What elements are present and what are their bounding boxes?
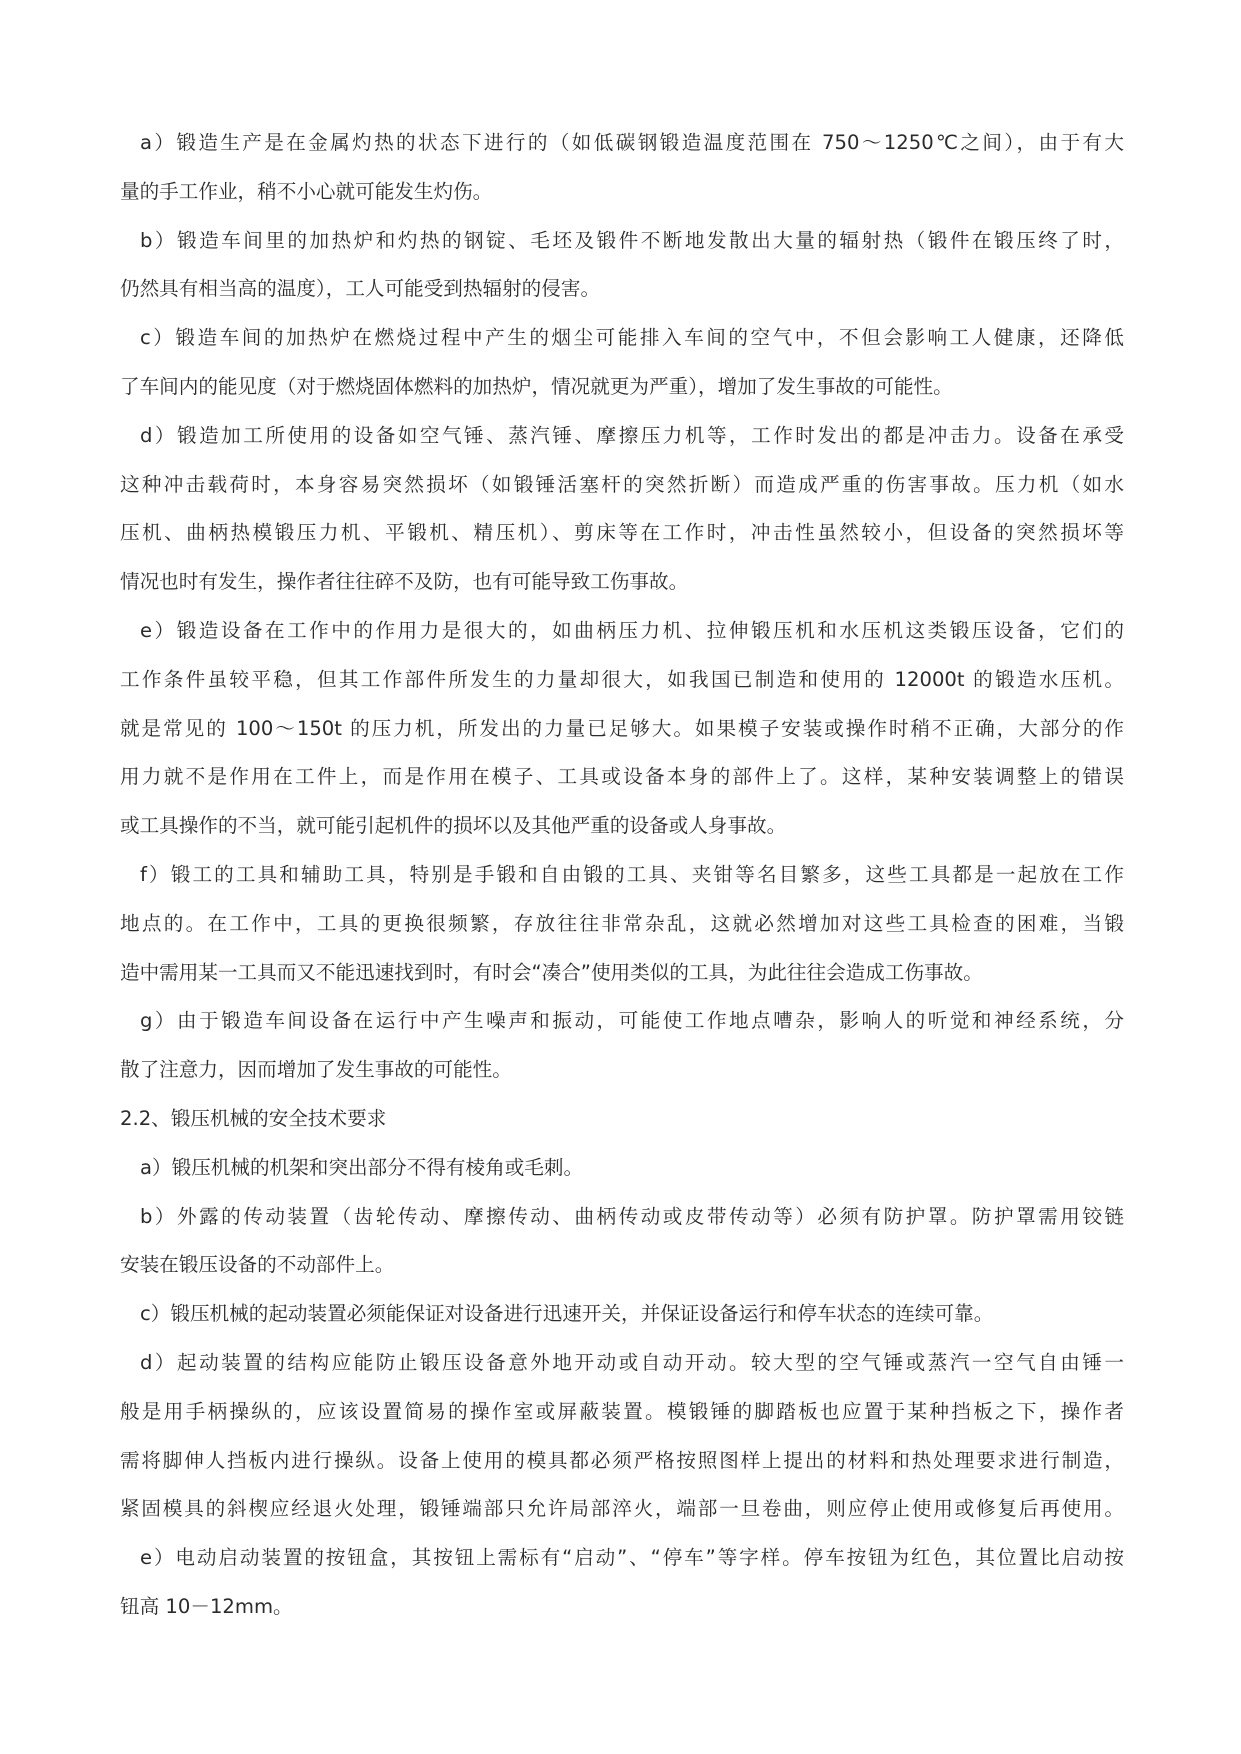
paragraph-hazard-g: g）由于锻造车间设备在运行中产生噪声和振动，可能使工作地点嘈杂，影响人的听觉和神…	[120, 997, 1124, 1095]
text-line: a）锻造生产是在金属灼热的状态下进行的（如低碳钢锻造温度范围在 750～1250…	[120, 119, 1124, 168]
text-line: 这种冲击载荷时，本身容易突然损坏（如锻锤活塞杆的突然折断）而造成严重的伤害事故。…	[120, 461, 1124, 510]
paragraph-requirement-b: b）外露的传动装置（齿轮传动、摩擦传动、曲柄传动或皮带传动等）必须有防护罩。防护…	[120, 1193, 1124, 1291]
text-line: 仍然具有相当高的温度），工人可能受到热辐射的侵害。	[120, 265, 1124, 314]
text-line: 需将脚伸人挡板内进行操纵。设备上使用的模具都必须严格按照图样上提出的材料和热处理…	[120, 1437, 1124, 1486]
text-line: 安装在锻压设备的不动部件上。	[120, 1241, 1124, 1290]
text-line: f）锻工的工具和辅助工具，特别是手锻和自由锻的工具、夹钳等名目繁多，这些工具都是…	[120, 851, 1124, 900]
text-line: 量的手工作业，稍不小心就可能发生灼伤。	[120, 168, 1124, 217]
text-line: 情况也时有发生，操作者往往碎不及防，也有可能导致工伤事故。	[120, 558, 1124, 607]
document-page: a）锻造生产是在金属灼热的状态下进行的（如低碳钢锻造温度范围在 750～1250…	[120, 119, 1124, 1632]
text-line: 般是用手柄操纵的，应该设置简易的操作室或屏蔽装置。模锻锤的脚踏板也应置于某种挡板…	[120, 1388, 1124, 1437]
text-line: 紧固模具的斜楔应经退火处理，锻锤端部只允许局部淬火，端部一旦卷曲，则应停止使用或…	[120, 1485, 1124, 1534]
text-line: 钮高 10－12mm。	[120, 1583, 1124, 1632]
text-line: 工作条件虽较平稳，但其工作部件所发生的力量却很大，如我国已制造和使用的 1200…	[120, 656, 1124, 705]
text-line: b）锻造车间里的加热炉和灼热的钢锭、毛坯及锻件不断地发散出大量的辐射热（锻件在锻…	[120, 217, 1124, 266]
paragraph-hazard-f: f）锻工的工具和辅助工具，特别是手锻和自由锻的工具、夹钳等名目繁多，这些工具都是…	[120, 851, 1124, 997]
paragraph-requirement-d: d）起动装置的结构应能防止锻压设备意外地开动或自动开动。较大型的空气锤或蒸汽一空…	[120, 1339, 1124, 1534]
text-line: 或工具操作的不当，就可能引起机件的损坏以及其他严重的设备或人身事故。	[120, 802, 1124, 851]
text-line: d）起动装置的结构应能防止锻压设备意外地开动或自动开动。较大型的空气锤或蒸汽一空…	[120, 1339, 1124, 1388]
text-line: 散了注意力，因而增加了发生事故的可能性。	[120, 1046, 1124, 1095]
text-line: 压机、曲柄热模锻压力机、平锻机、精压机）、剪床等在工作时，冲击性虽然较小，但设备…	[120, 509, 1124, 558]
text-line: b）外露的传动装置（齿轮传动、摩擦传动、曲柄传动或皮带传动等）必须有防护罩。防护…	[120, 1193, 1124, 1242]
text-line: c）锻压机械的起动装置必须能保证对设备进行迅速开关，并保证设备运行和停车状态的连…	[120, 1290, 1124, 1339]
section-title: 2.2、锻压机械的安全技术要求	[120, 1095, 1124, 1144]
text-line: a）锻压机械的机架和突出部分不得有棱角或毛刺。	[120, 1144, 1124, 1193]
text-line: 了车间内的能见度（对于燃烧固体燃料的加热炉，情况就更为严重），增加了发生事故的可…	[120, 363, 1124, 412]
text-line: 地点的。在工作中，工具的更换很频繁，存放往往非常杂乱，这就必然增加对这些工具检查…	[120, 900, 1124, 949]
paragraph-requirement-a: a）锻压机械的机架和突出部分不得有棱角或毛刺。	[120, 1144, 1124, 1193]
text-line: c）锻造车间的加热炉在燃烧过程中产生的烟尘可能排入车间的空气中，不但会影响工人健…	[120, 314, 1124, 363]
text-line: e）电动启动装置的按钮盒，其按钮上需标有“启动”、“停车”等字样。停车按钮为红色…	[120, 1534, 1124, 1583]
text-line: 就是常见的 100～150t 的压力机，所发出的力量已足够大。如果模子安装或操作…	[120, 705, 1124, 754]
paragraph-hazard-e: e）锻造设备在工作中的作用力是很大的，如曲柄压力机、拉伸锻压机和水压机这类锻压设…	[120, 607, 1124, 851]
paragraph-requirement-c: c）锻压机械的起动装置必须能保证对设备进行迅速开关，并保证设备运行和停车状态的连…	[120, 1290, 1124, 1339]
text-line: e）锻造设备在工作中的作用力是很大的，如曲柄压力机、拉伸锻压机和水压机这类锻压设…	[120, 607, 1124, 656]
text-line: 用力就不是作用在工件上，而是作用在模子、工具或设备本身的部件上了。这样，某种安装…	[120, 753, 1124, 802]
text-line: g）由于锻造车间设备在运行中产生噪声和振动，可能使工作地点嘈杂，影响人的听觉和神…	[120, 997, 1124, 1046]
paragraph-hazard-a: a）锻造生产是在金属灼热的状态下进行的（如低碳钢锻造温度范围在 750～1250…	[120, 119, 1124, 217]
paragraph-hazard-b: b）锻造车间里的加热炉和灼热的钢锭、毛坯及锻件不断地发散出大量的辐射热（锻件在锻…	[120, 217, 1124, 315]
paragraph-requirement-e: e）电动启动装置的按钮盒，其按钮上需标有“启动”、“停车”等字样。停车按钮为红色…	[120, 1534, 1124, 1632]
section-heading: 2.2、锻压机械的安全技术要求	[120, 1095, 1124, 1144]
paragraph-hazard-c: c）锻造车间的加热炉在燃烧过程中产生的烟尘可能排入车间的空气中，不但会影响工人健…	[120, 314, 1124, 412]
paragraph-hazard-d: d）锻造加工所使用的设备如空气锤、蒸汽锤、摩擦压力机等，工作时发出的都是冲击力。…	[120, 412, 1124, 607]
text-line: d）锻造加工所使用的设备如空气锤、蒸汽锤、摩擦压力机等，工作时发出的都是冲击力。…	[120, 412, 1124, 461]
text-line: 造中需用某一工具而又不能迅速找到时，有时会“凑合”使用类似的工具，为此往往会造成…	[120, 949, 1124, 998]
